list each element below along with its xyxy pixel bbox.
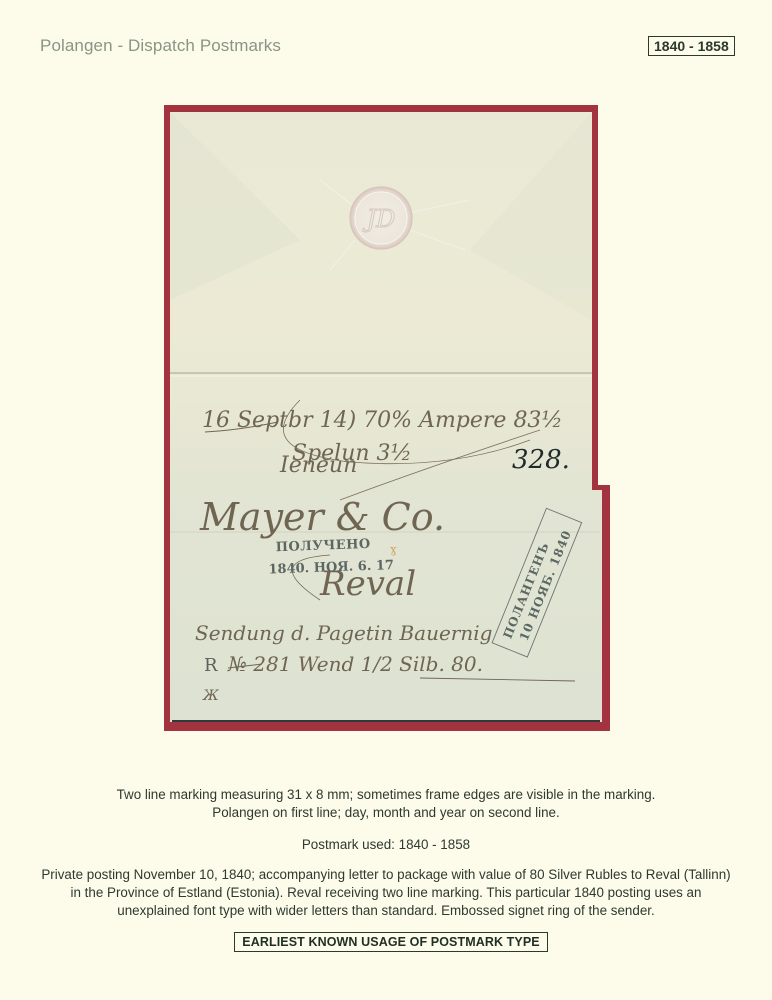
marking-description: Two line marking measuring 31 x 8 mm; so… xyxy=(0,786,772,822)
earliest-known-usage-badge: EARLIEST KNOWN USAGE OF POSTMARK TYPE xyxy=(234,932,548,952)
letter-cover-image: JD 16 Septbr 14) 70% Ampere 83½ Spelun 3… xyxy=(0,0,772,760)
svg-text:№ 281 Wend 1/2 Silb. 80.: № 281 Wend 1/2 Silb. 80. xyxy=(227,652,483,676)
description-line-1: Two line marking measuring 31 x 8 mm; so… xyxy=(0,786,772,804)
svg-text:ɣ: ɣ xyxy=(390,543,397,556)
svg-text:JD: JD xyxy=(362,205,396,233)
svg-text:Mayer & Co.: Mayer & Co. xyxy=(199,495,445,539)
cover-exhibit: JD 16 Septbr 14) 70% Ampere 83½ Spelun 3… xyxy=(0,0,772,760)
svg-text:16 Septbr 14) 70% Ampere 83½: 16 Septbr 14) 70% Ampere 83½ xyxy=(202,408,563,433)
embossed-seal-icon: JD xyxy=(350,187,412,249)
description-line-2: Polangen on first line; day, month and y… xyxy=(0,804,772,822)
posting-paragraph: Private posting November 10, 1840; accom… xyxy=(40,866,732,920)
svg-text:Sendung d. Pagetin Bauernig: Sendung d. Pagetin Bauernig xyxy=(195,621,492,645)
svg-text:Ж: Ж xyxy=(202,688,220,704)
postmark-usage: Postmark used: 1840 - 1858 xyxy=(0,836,772,854)
svg-text:R: R xyxy=(204,655,218,676)
posting-description: Private posting November 10, 1840; accom… xyxy=(0,866,772,920)
svg-text:328.: 328. xyxy=(512,445,570,475)
postmark-used-text: Postmark used: 1840 - 1858 xyxy=(0,836,772,854)
svg-text:Ieneun: Ieneun xyxy=(279,453,357,478)
